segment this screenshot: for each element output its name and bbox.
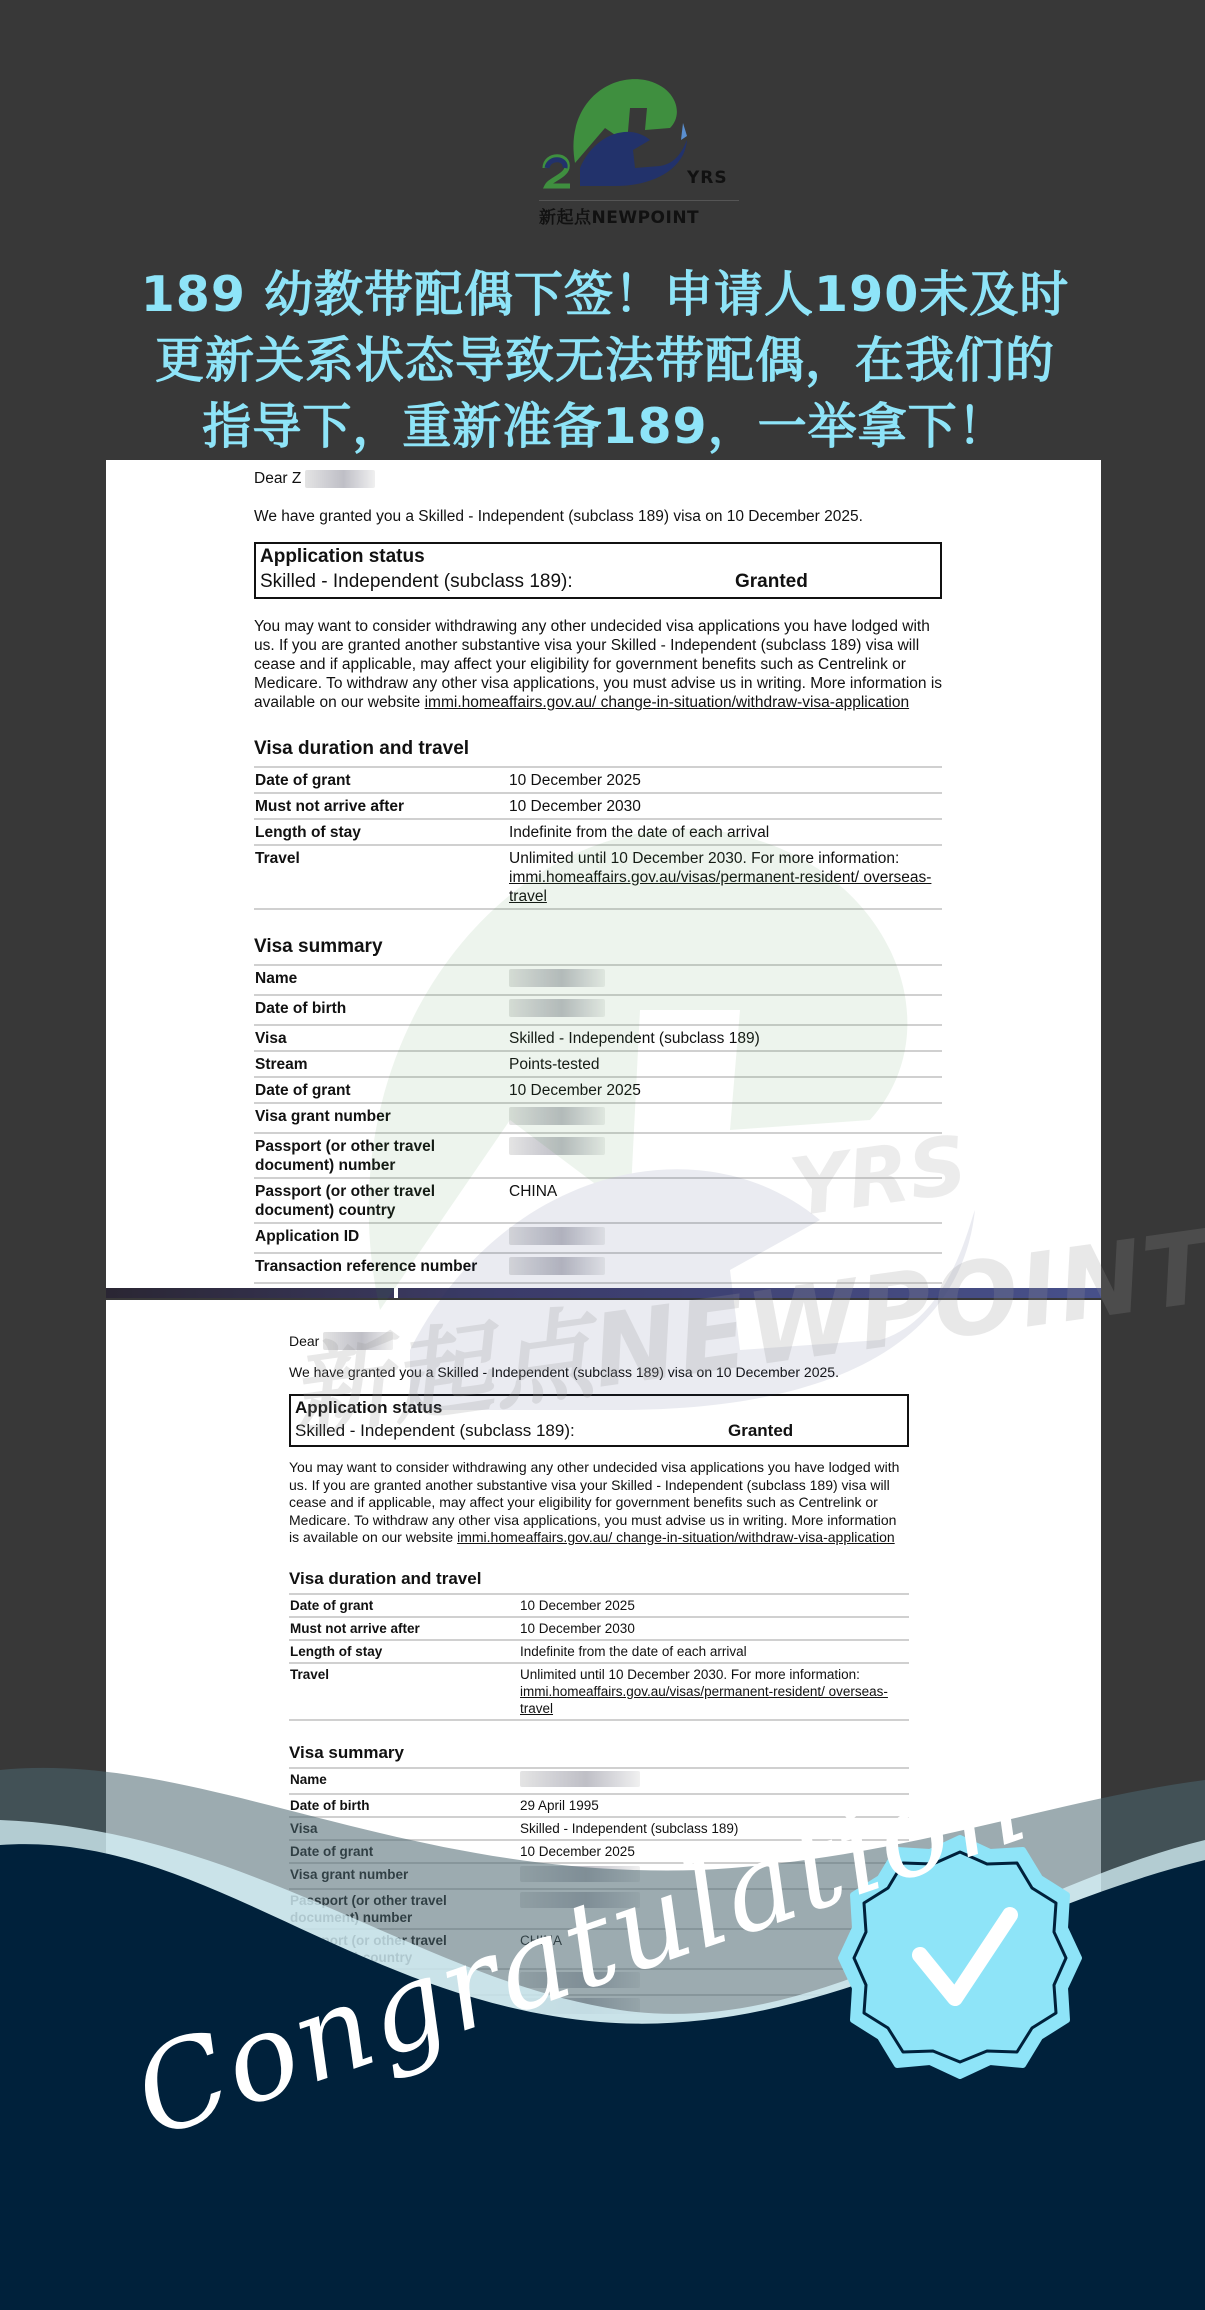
summary-section-title: Visa summary: [254, 936, 944, 958]
row-label: Date of grant: [289, 1840, 519, 1863]
row-value: 10 December 2030: [519, 1617, 909, 1640]
row-label: Visa grant number: [289, 1863, 519, 1889]
row-label: Name: [289, 1768, 519, 1794]
row-label: Stream: [254, 1051, 508, 1077]
table-row: Date of birth: [254, 995, 942, 1025]
headline-line: 189 幼教带配偶下签！申请人190未及时: [90, 262, 1120, 328]
visa-grant-letter-1: Dear Z We have granted you a Skilled - I…: [106, 460, 1101, 1292]
row-value: [508, 1253, 942, 1283]
row-label: Visa grant number: [254, 1103, 508, 1133]
row-label: Length of stay: [254, 819, 508, 845]
logo-brand-name: 新起点NEWPOINT: [539, 200, 739, 228]
duration-table: Date of grant10 December 2025 Must not a…: [289, 1593, 909, 1721]
withdraw-notice: You may want to consider withdrawing any…: [254, 617, 944, 712]
row-value: [508, 1133, 942, 1178]
table-row: Passport (or other travel document) numb…: [254, 1133, 942, 1178]
logo-yrs-label: YRS: [687, 168, 728, 188]
duration-section-title: Visa duration and travel: [289, 1569, 909, 1589]
duration-section-title: Visa duration and travel: [254, 738, 944, 760]
table-row: VisaSkilled - Independent (subclass 189): [254, 1025, 942, 1051]
greeting: Dear: [289, 1330, 909, 1352]
withdraw-notice: You may want to consider withdrawing any…: [289, 1459, 909, 1547]
table-row: TravelUnlimited until 10 December 2030. …: [289, 1663, 909, 1720]
row-label: Date of grant: [289, 1594, 519, 1617]
row-label: Date of birth: [289, 1794, 519, 1817]
table-row: Date of grant10 December 2025: [254, 1077, 942, 1103]
table-row: Must not arrive after10 December 2030: [254, 793, 942, 819]
duration-table: Date of grant10 December 2025 Must not a…: [254, 766, 942, 910]
greeting-text: Dear: [289, 1333, 319, 1349]
table-row: Length of stayIndefinite from the date o…: [254, 819, 942, 845]
table-row: Must not arrive after10 December 2030: [289, 1617, 909, 1640]
row-label: Transaction reference number: [254, 1253, 508, 1283]
row-label: Travel: [254, 845, 508, 909]
status-visa-label: Skilled - Independent (subclass 189):: [295, 1421, 728, 1441]
newpoint-20yrs-logo-icon: [535, 68, 695, 198]
grant-intro: We have granted you a Skilled - Independ…: [254, 508, 944, 526]
redacted-name: [323, 1332, 393, 1350]
travel-text: Unlimited until 10 December 2030. For mo…: [509, 850, 899, 867]
page-divider: [106, 1288, 1101, 1298]
grant-intro: We have granted you a Skilled - Independ…: [289, 1364, 909, 1380]
redacted-value: [520, 1771, 640, 1787]
row-value: [508, 965, 942, 995]
table-row: Name: [289, 1768, 909, 1794]
table-row: Visa grant number: [254, 1103, 942, 1133]
row-value: 10 December 2030: [508, 793, 942, 819]
headline: 189 幼教带配偶下签！申请人190未及时 更新关系状态导致无法带配偶，在我们的…: [90, 262, 1120, 460]
application-status-box: Application status Skilled - Independent…: [289, 1394, 909, 1447]
table-row: Passport (or other travel document) coun…: [254, 1178, 942, 1223]
table-row: Application ID: [254, 1223, 942, 1253]
row-label: Passport (or other travel document) numb…: [254, 1133, 508, 1178]
row-value: Unlimited until 10 December 2030. For mo…: [508, 845, 942, 909]
overseas-travel-link[interactable]: immi.homeaffairs.gov.au/visas/permanent-…: [520, 1684, 888, 1716]
table-row: Name: [254, 965, 942, 995]
row-label: Must not arrive after: [254, 793, 508, 819]
letter-body: Dear Z We have granted you a Skilled - I…: [254, 468, 944, 1284]
greeting: Dear Z: [254, 468, 944, 490]
status-visa-label: Skilled - Independent (subclass 189):: [260, 571, 735, 593]
table-row: Date of grant10 December 2025: [289, 1594, 909, 1617]
redacted-name: [305, 470, 375, 488]
row-label: Date of birth: [254, 995, 508, 1025]
status-badge: Granted: [735, 571, 808, 593]
redacted-value: [509, 1137, 605, 1155]
row-value: CHINA: [508, 1178, 942, 1223]
withdraw-visa-link[interactable]: immi.homeaffairs.gov.au/ change-in-situa…: [457, 1529, 895, 1545]
row-value: 10 December 2025: [519, 1594, 909, 1617]
brand-logo: YRS 新起点NEWPOINT: [535, 68, 735, 228]
row-label: Date of grant: [254, 1077, 508, 1103]
row-label: Travel: [289, 1663, 519, 1720]
travel-text: Unlimited until 10 December 2030. For mo…: [520, 1667, 860, 1682]
headline-line: 更新关系状态导致无法带配偶，在我们的: [90, 328, 1120, 394]
row-label: Must not arrive after: [289, 1617, 519, 1640]
table-row: Date of grant10 December 2025: [254, 767, 942, 793]
redacted-value: [509, 1227, 605, 1245]
redacted-value: [509, 999, 605, 1017]
row-value: Points-tested: [508, 1051, 942, 1077]
row-label: Application ID: [254, 1223, 508, 1253]
table-row: Transaction reference number: [254, 1253, 942, 1283]
table-row: TravelUnlimited until 10 December 2030. …: [254, 845, 942, 909]
row-value: Skilled - Independent (subclass 189): [508, 1025, 942, 1051]
redacted-value: [509, 969, 605, 987]
row-label: Passport (or other travel document) coun…: [254, 1178, 508, 1223]
row-label: Name: [254, 965, 508, 995]
row-value: 10 December 2025: [508, 1077, 942, 1103]
row-value: [508, 995, 942, 1025]
row-value: Unlimited until 10 December 2030. For mo…: [519, 1663, 909, 1720]
row-label: Visa: [254, 1025, 508, 1051]
table-row: Length of stayIndefinite from the date o…: [289, 1640, 909, 1663]
row-label: Visa: [289, 1817, 519, 1840]
greeting-text: Dear Z: [254, 470, 301, 488]
row-value: 10 December 2025: [508, 767, 942, 793]
redacted-value: [509, 1107, 605, 1125]
application-status-title: Application status: [260, 546, 936, 568]
row-value: Indefinite from the date of each arrival: [519, 1640, 909, 1663]
row-value: [508, 1103, 942, 1133]
overseas-travel-link[interactable]: immi.homeaffairs.gov.au/visas/permanent-…: [509, 869, 931, 905]
row-label: Date of grant: [254, 767, 508, 793]
summary-table: Name Date of birth VisaSkilled - Indepen…: [254, 964, 942, 1284]
headline-line: 指导下，重新准备189，一举拿下！: [90, 394, 1120, 460]
withdraw-visa-link[interactable]: immi.homeaffairs.gov.au/ change-in-situa…: [425, 694, 909, 711]
summary-section-title: Visa summary: [289, 1743, 909, 1763]
redacted-value: [509, 1257, 605, 1275]
row-label: Length of stay: [289, 1640, 519, 1663]
row-value: Indefinite from the date of each arrival: [508, 819, 942, 845]
application-status-title: Application status: [295, 1398, 903, 1418]
status-badge: Granted: [728, 1421, 793, 1441]
row-value: [508, 1223, 942, 1253]
table-row: StreamPoints-tested: [254, 1051, 942, 1077]
application-status-box: Application status Skilled - Independent…: [254, 542, 942, 599]
